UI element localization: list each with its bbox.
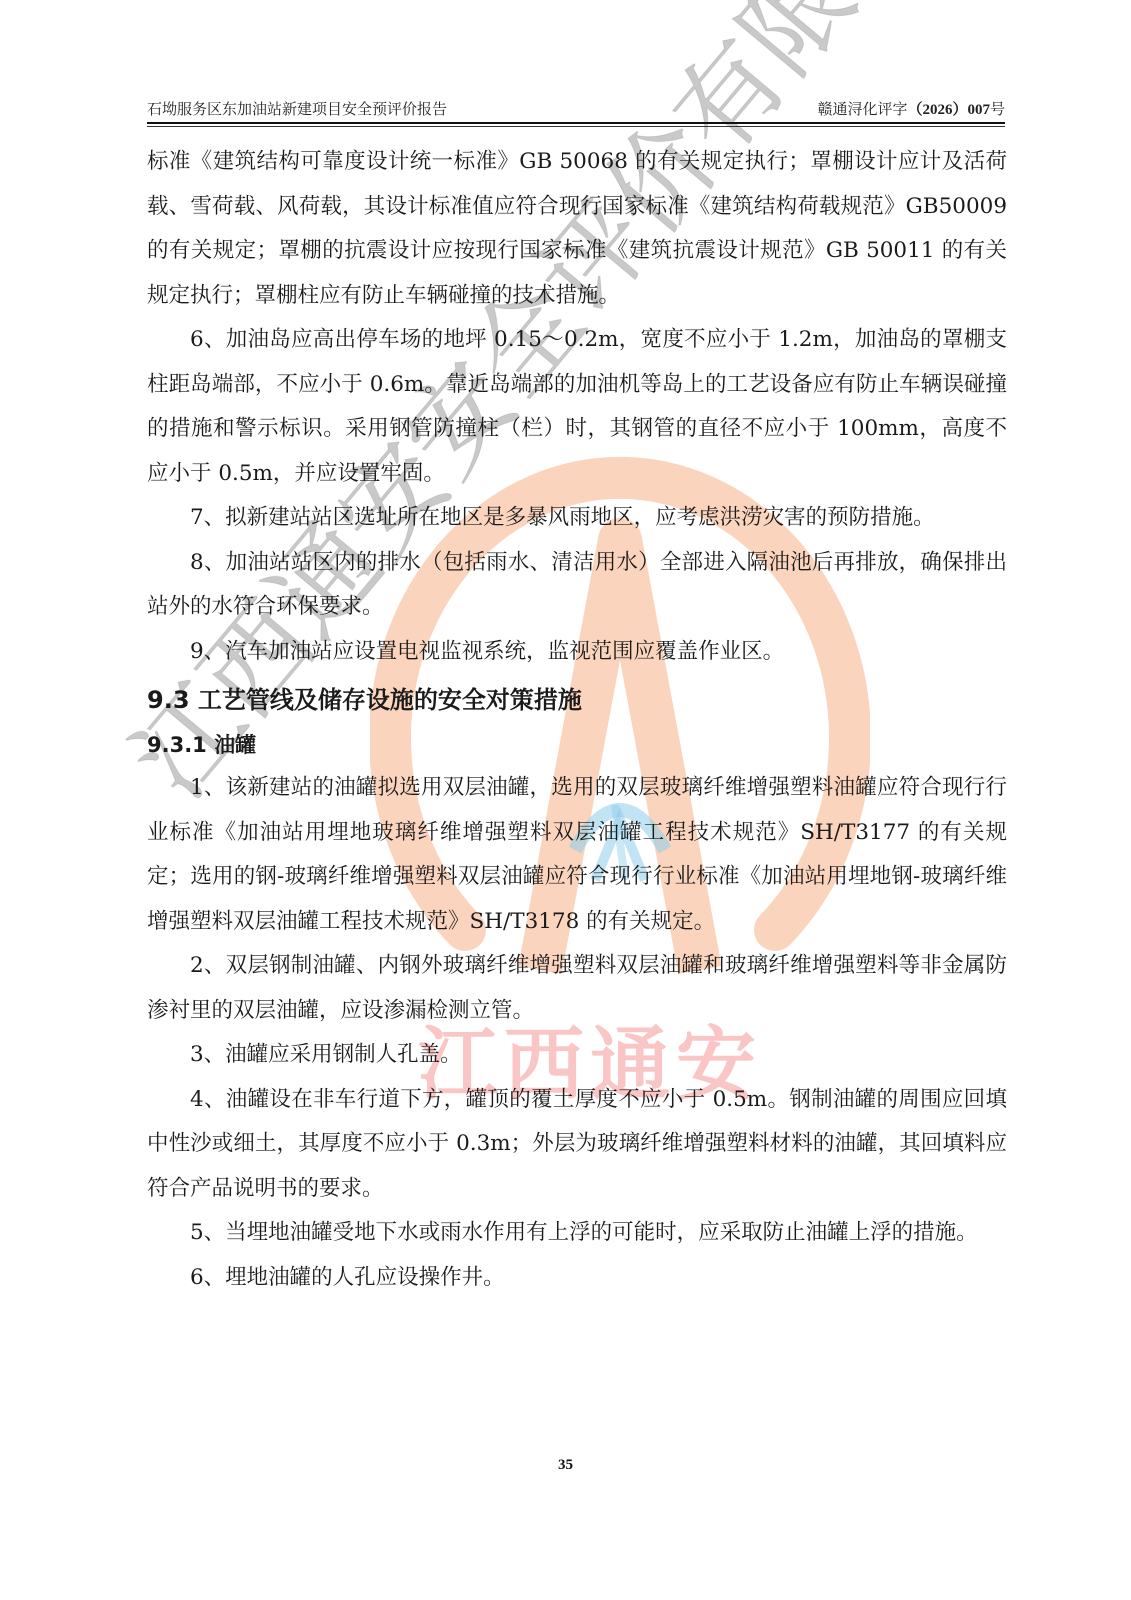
body-text: 标准《建筑结构可靠度设计统一标准》GB 50068 的有关规定执行；罩棚设计应计… — [147, 140, 1007, 1300]
paragraph-item-7: 7、拟新建站站区选址所在地区是多暴风雨地区，应考虑洪涝灾害的预防措施。 — [147, 496, 1007, 541]
header-divider — [147, 126, 1005, 127]
page-number: 35 — [0, 1457, 1131, 1474]
document-number: 赣通浔化评字（2026）007号 — [817, 98, 1005, 119]
tank-item-4: 4、油罐设在非车行道下方，罐顶的覆土厚度不应小于 0.5m。钢制油罐的周围应回填… — [147, 1078, 1007, 1212]
paragraph-item-8: 8、加油站站区内的排水（包括雨水、清洁用水）全部进入隔油池后再排放，确保排出站外… — [147, 541, 1007, 630]
document-number-suffix: 号 — [990, 100, 1005, 118]
report-title: 石坳服务区东加油站新建项目安全预评价报告 — [147, 98, 447, 119]
section-heading: 9.3 工艺管线及储存设施的安全对策措施 — [147, 676, 1007, 724]
document-page: 江西通安 江西通安安全评价有限公司 石坳服务区东加油站新建项目安全预评价报告 赣… — [0, 0, 1131, 1600]
document-number-year: （2026） — [907, 102, 967, 118]
paragraph-item-9: 9、汽车加油站应设置电视监视系统，监视范围应覆盖作业区。 — [147, 630, 1007, 675]
tank-item-5: 5、当埋地油罐受地下水或雨水作用有上浮的可能时，应采取防止油罐上浮的措施。 — [147, 1211, 1007, 1256]
tank-item-6: 6、埋地油罐的人孔应设操作井。 — [147, 1256, 1007, 1301]
tank-item-1: 1、该新建站的油罐拟选用双层油罐，选用的双层玻璃纤维增强塑料油罐应符合现行行业标… — [147, 766, 1007, 944]
document-content: 石坳服务区东加油站新建项目安全预评价报告 赣通浔化评字（2026）007号 标准… — [0, 0, 1131, 1600]
document-number-prefix: 赣通浔化评字 — [817, 100, 907, 118]
paragraph-item-6: 6、加油岛应高出停车场的地坪 0.15～0.2m，宽度不应小于 1.2m，加油岛… — [147, 318, 1007, 496]
document-number-value: 007 — [967, 102, 990, 118]
tank-item-3: 3、油罐应采用钢制人孔盖。 — [147, 1033, 1007, 1078]
subsection-heading: 9.3.1 油罐 — [147, 724, 1007, 766]
tank-item-2: 2、双层钢制油罐、内钢外玻璃纤维增强塑料双层油罐和玻璃纤维增强塑料等非金属防渗衬… — [147, 944, 1007, 1033]
page-header: 石坳服务区东加油站新建项目安全预评价报告 赣通浔化评字（2026）007号 — [147, 96, 1005, 124]
paragraph-continued: 标准《建筑结构可靠度设计统一标准》GB 50068 的有关规定执行；罩棚设计应计… — [147, 140, 1007, 318]
